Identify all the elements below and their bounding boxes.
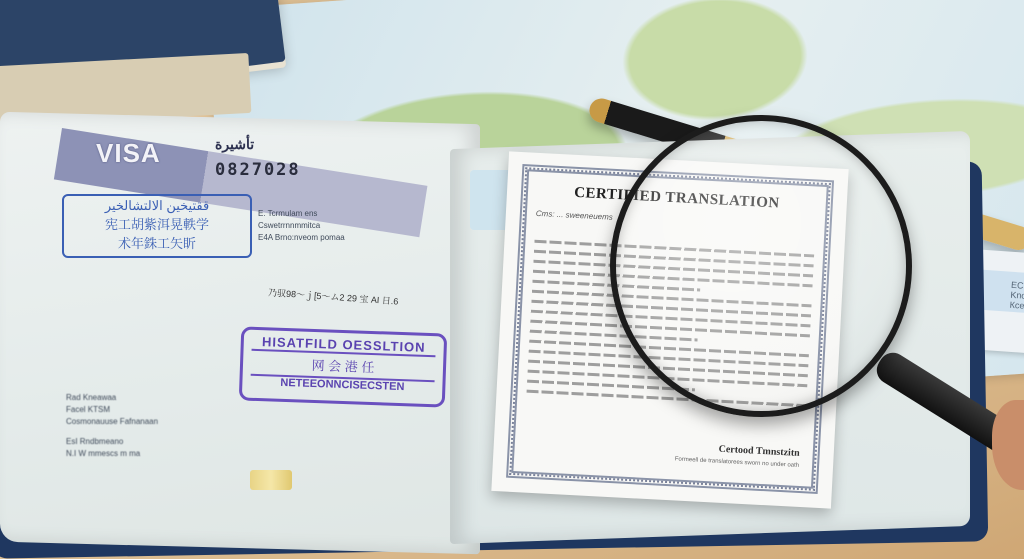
side-card-text: ECITKnowmКсем (1009, 280, 1024, 312)
magnifying-glass-icon (610, 115, 912, 417)
blue-stamp-line3: 术年銖工矢盺 (64, 234, 250, 253)
blue-stamp-line1: ﻗﻘﺘﻴﺨﻴﻦ ﺍﻻﻟﺘﺸﺎﻟﺨﻴﺮ (64, 196, 250, 215)
visa-header-script: ﺗﺄﺷﻴﺮﺓ (215, 136, 254, 153)
visa-label: VISA (96, 138, 161, 169)
blue-stamp-line2: 宪工胡紫洱晃軼学 (64, 215, 250, 234)
purple-stamp: HISATFILD OESSLTION 网 会 港 任 NETEEONNCISE… (239, 326, 447, 407)
blue-entry-stamp: ﻗﻘﺘﻴﺨﻴﻦ ﺍﻻﻟﺘﺸﺎﻟﺨﻴﺮ 宪工胡紫洱晃軼学 术年銖工矢盺 (62, 194, 252, 258)
visa-fields: E. Tcrmulam ensCswetrrnnmmitcaE4A Brno:n… (258, 208, 345, 244)
holder-fields: Rad KneawaaFacel KTSMCosmonauuse Fafnana… (66, 392, 158, 460)
hand (992, 400, 1024, 490)
visa-number: 0827028 (215, 160, 301, 180)
passport-chip (250, 470, 292, 490)
